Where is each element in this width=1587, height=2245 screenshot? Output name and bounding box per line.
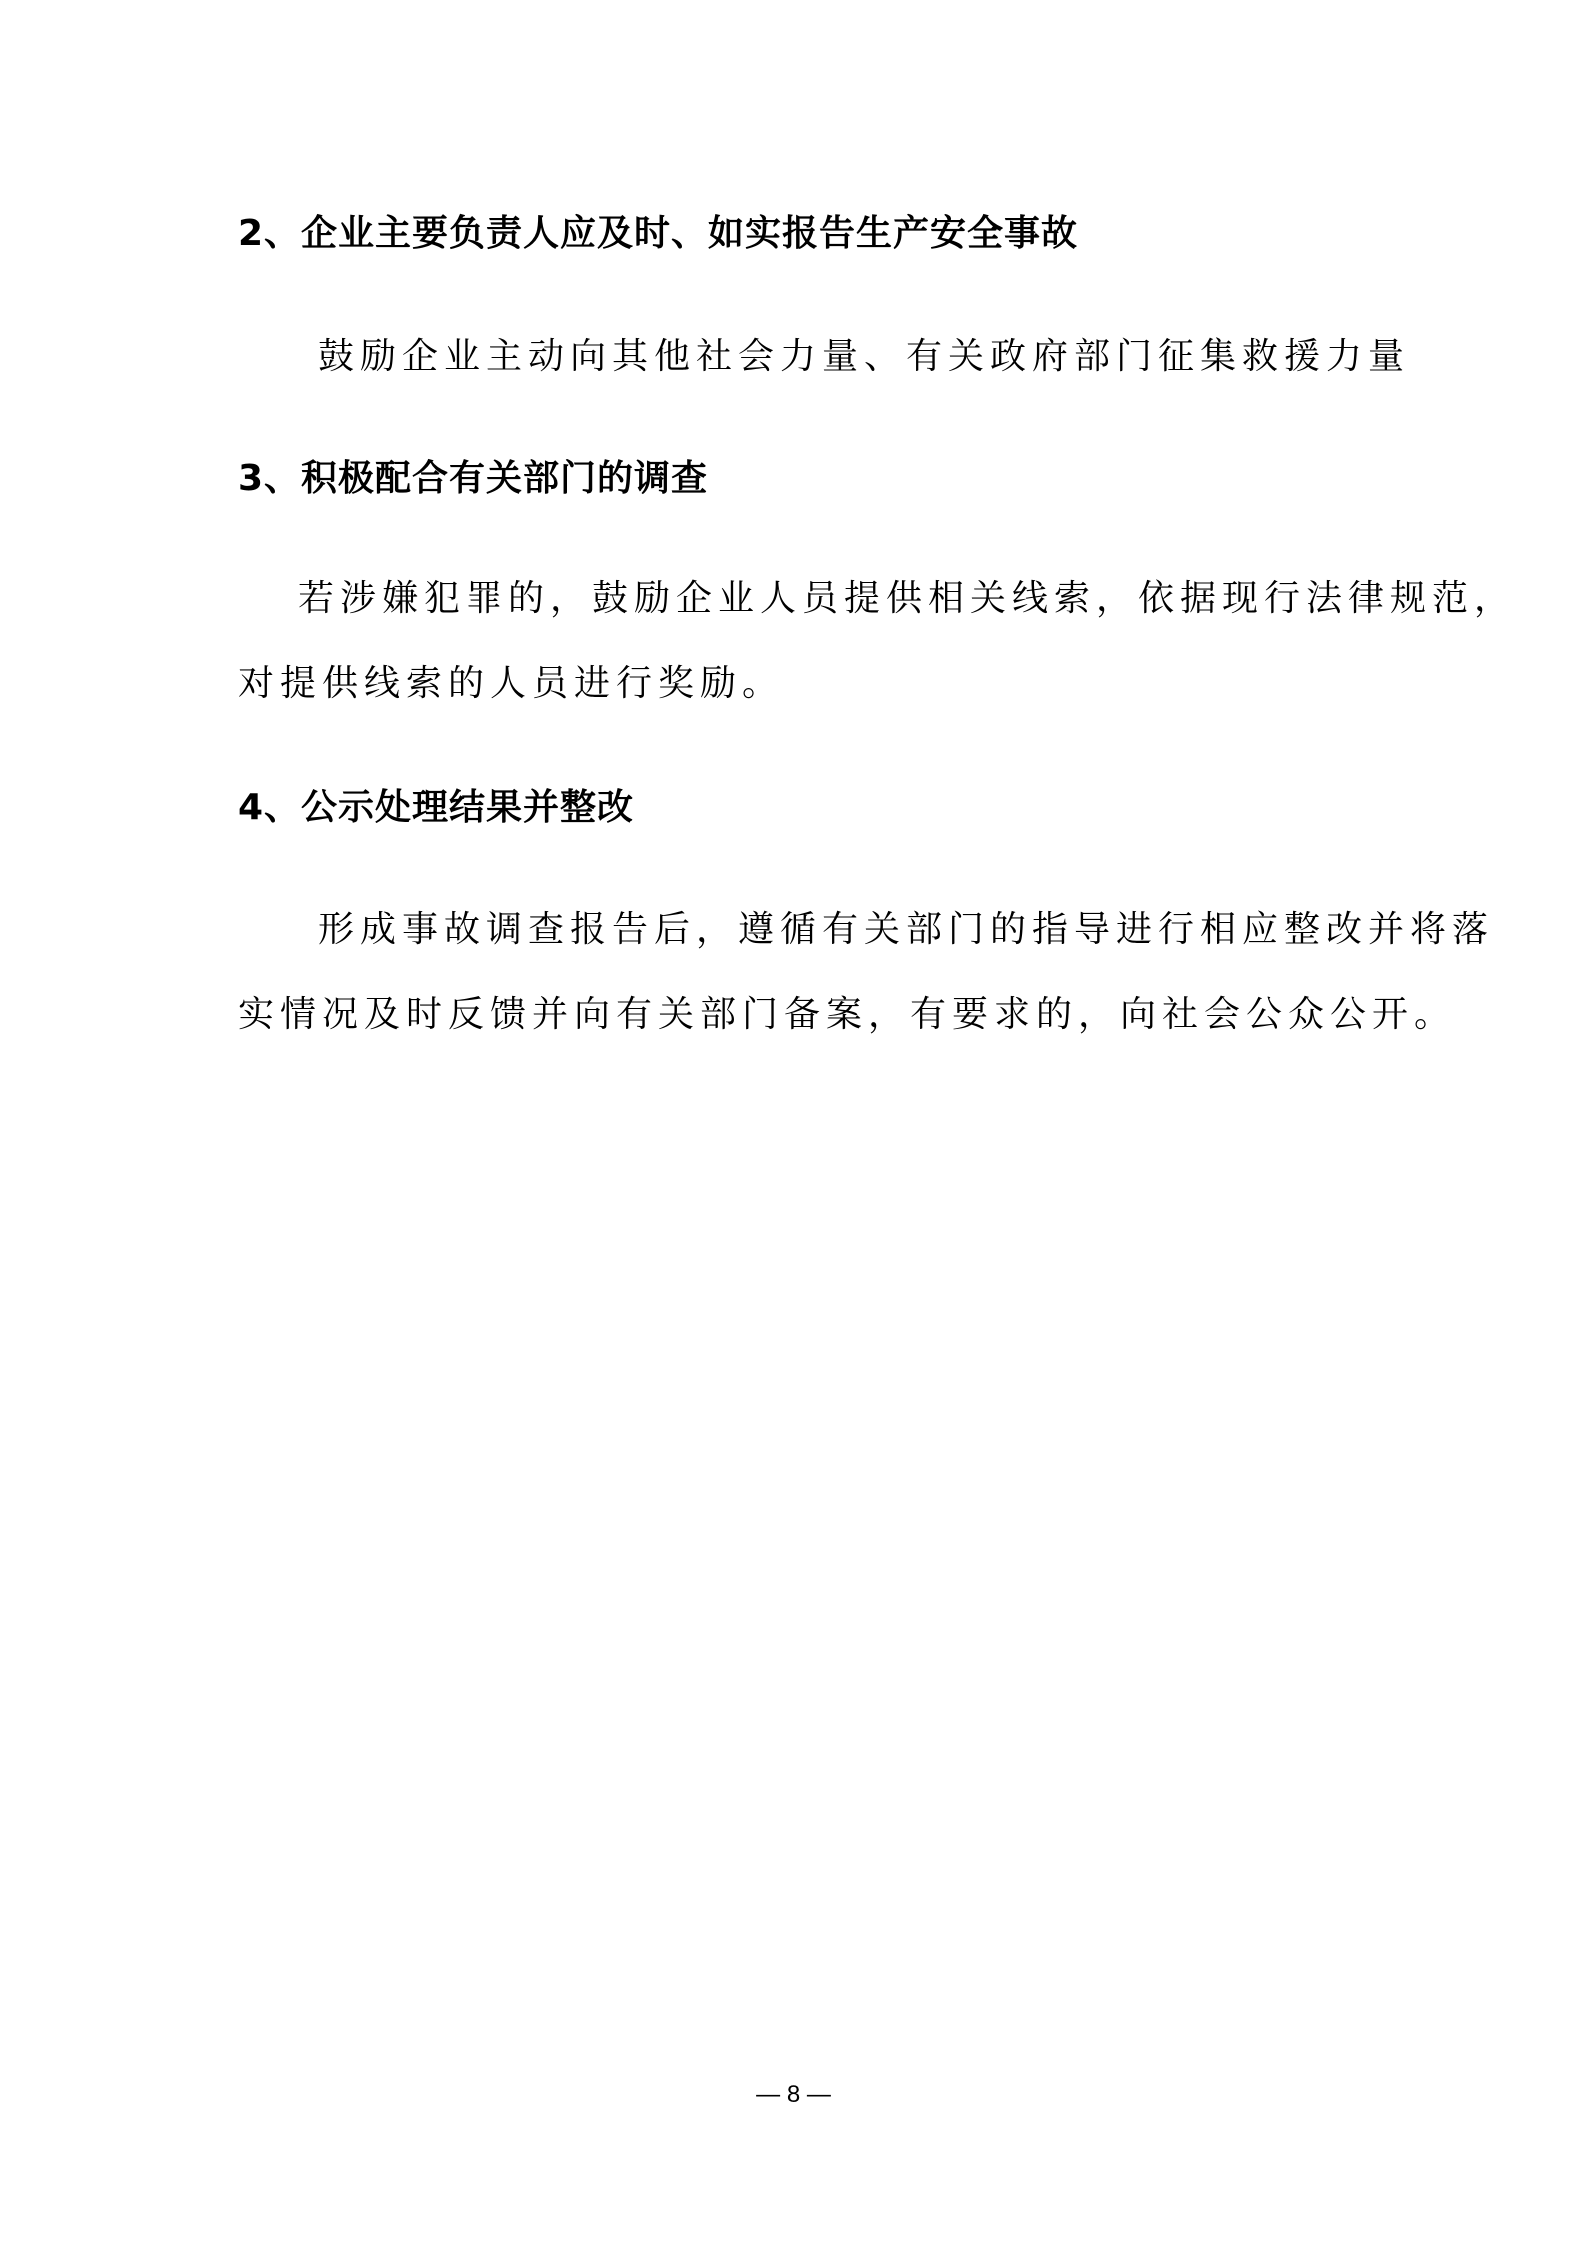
page-number: — 8 —	[0, 2080, 1587, 2110]
section-3-paragraph-line-1: 若涉嫌犯罪的，鼓励企业人员提供相关线索，依据现行法律规范，	[298, 577, 1418, 621]
section-2-paragraph: 鼓励企业主动向其他社会力量、有关政府部门征集救援力量	[318, 335, 1438, 379]
section-heading-4: 4、公示处理结果并整改	[238, 786, 634, 830]
section-heading-3: 3、积极配合有关部门的调查	[238, 457, 708, 501]
section-3-paragraph-line-2: 对提供线索的人员进行奖励。	[238, 662, 1358, 706]
section-4-paragraph-line-1: 形成事故调查报告后，遵循有关部门的指导进行相应整改并将落	[318, 908, 1438, 952]
section-4-paragraph-line-2: 实情况及时反馈并向有关部门备案，有要求的，向社会公众公开。	[238, 993, 1358, 1037]
section-heading-2: 2、企业主要负责人应及时、如实报告生产安全事故	[238, 212, 1078, 256]
